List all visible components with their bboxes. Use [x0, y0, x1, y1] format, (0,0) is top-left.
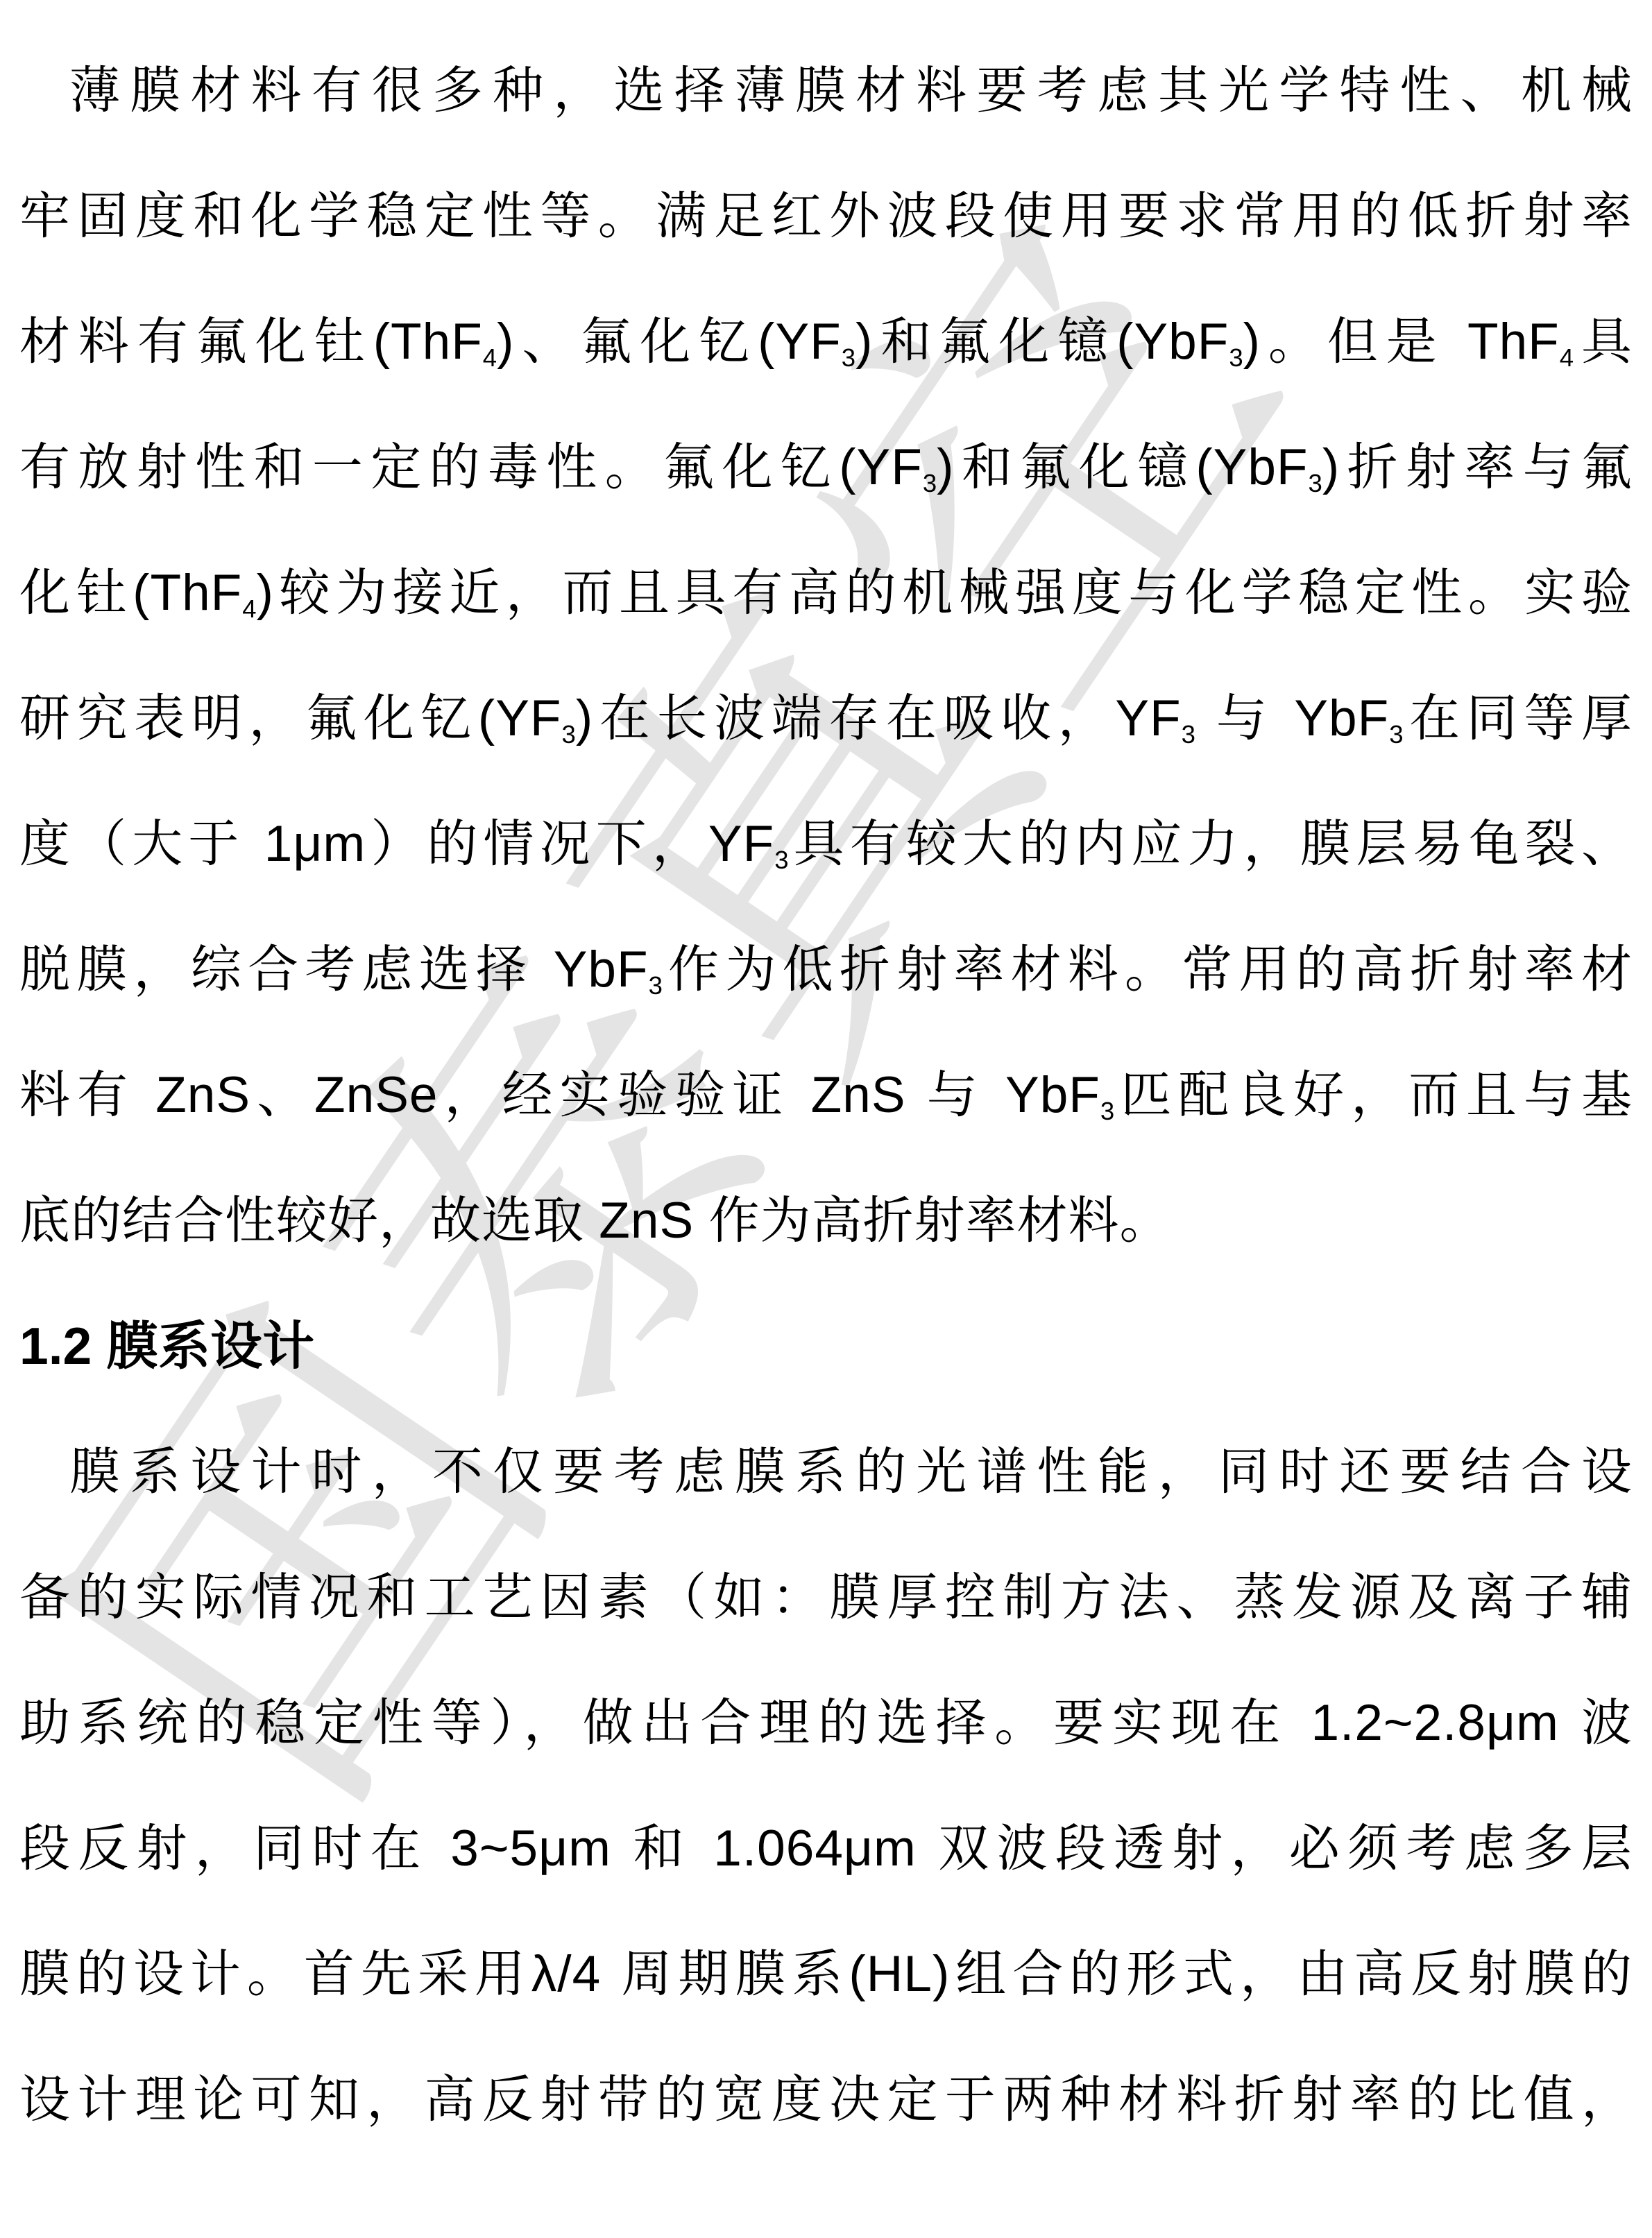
document-page: 国泰真空 薄膜材料有很多种，选择薄膜材料要考虑其光学特性、机械牢固度和化学稳定性…	[0, 0, 1652, 2238]
chemical-subscript: 3	[1182, 720, 1195, 749]
section-heading: 1.2 膜系设计	[19, 1283, 1633, 1409]
chemical-subscript: 3	[1309, 469, 1322, 497]
chemical-subscript: 3	[774, 846, 788, 874]
text-line: 段反射，同时在 3~5μm 和 1.064μm 双波段透射，必须考虑多层	[19, 1786, 1633, 1911]
text-line: 设计理论可知，高反射带的宽度决定于两种材料折射率的比值，	[19, 2037, 1633, 2162]
chemical-subscript: 3	[562, 720, 576, 749]
text-line: 度（大于 1μm）的情况下，YF3具有较大的内应力，膜层易龟裂、	[19, 781, 1633, 907]
chemical-subscript: 3	[1100, 1097, 1114, 1125]
text-line: 化钍(ThF4)较为接近，而且具有高的机械强度与化学稳定性。实验	[19, 530, 1633, 656]
text-line: 膜系设计时，不仅要考虑膜系的光谱性能，同时还要结合设	[19, 1409, 1633, 1535]
text-line: 底的结合性较好，故选取 ZnS 作为高折射率材料。	[19, 1158, 1633, 1283]
text-line: 材料有氟化钍(ThF4)、氟化钇(YF3)和氟化镱(YbF3)。但是 ThF4具	[19, 279, 1633, 404]
chemical-subscript: 4	[242, 595, 256, 623]
chemical-subscript: 3	[842, 343, 855, 372]
chemical-subscript: 3	[649, 971, 663, 1000]
chemical-subscript: 4	[483, 343, 497, 372]
chemical-subscript: 4	[1560, 343, 1574, 372]
text-line: 助系统的稳定性等），做出合理的选择。要实现在 1.2~2.8μm 波	[19, 1660, 1633, 1786]
chemical-subscript: 3	[1389, 720, 1403, 749]
text-line: 备的实际情况和工艺因素（如：膜厚控制方法、蒸发源及离子辅	[19, 1535, 1633, 1660]
text-line: 膜的设计。首先采用λ/4 周期膜系(HL)组合的形式，由高反射膜的	[19, 1911, 1633, 2037]
chemical-subscript: 3	[1229, 343, 1243, 372]
text-line: 研究表明，氟化钇(YF3)在长波端存在吸收，YF3 与 YbF3在同等厚	[19, 656, 1633, 781]
chemical-subscript: 3	[923, 469, 937, 497]
text-line: 脱膜，综合考虑选择 YbF3作为低折射率材料。常用的高折射率材	[19, 907, 1633, 1032]
text-line: 料有 ZnS、ZnSe，经实验验证 ZnS 与 YbF3匹配良好，而且与基	[19, 1032, 1633, 1158]
text-line: 牢固度和化学稳定性等。满足红外波段使用要求常用的低折射率	[19, 153, 1633, 279]
text-line: 薄膜材料有很多种，选择薄膜材料要考虑其光学特性、机械	[19, 28, 1633, 153]
text-line: 有放射性和一定的毒性。氟化钇(YF3)和氟化镱(YbF3)折射率与氟	[19, 404, 1633, 530]
document-body: 薄膜材料有很多种，选择薄膜材料要考虑其光学特性、机械牢固度和化学稳定性等。满足红…	[19, 28, 1633, 2162]
